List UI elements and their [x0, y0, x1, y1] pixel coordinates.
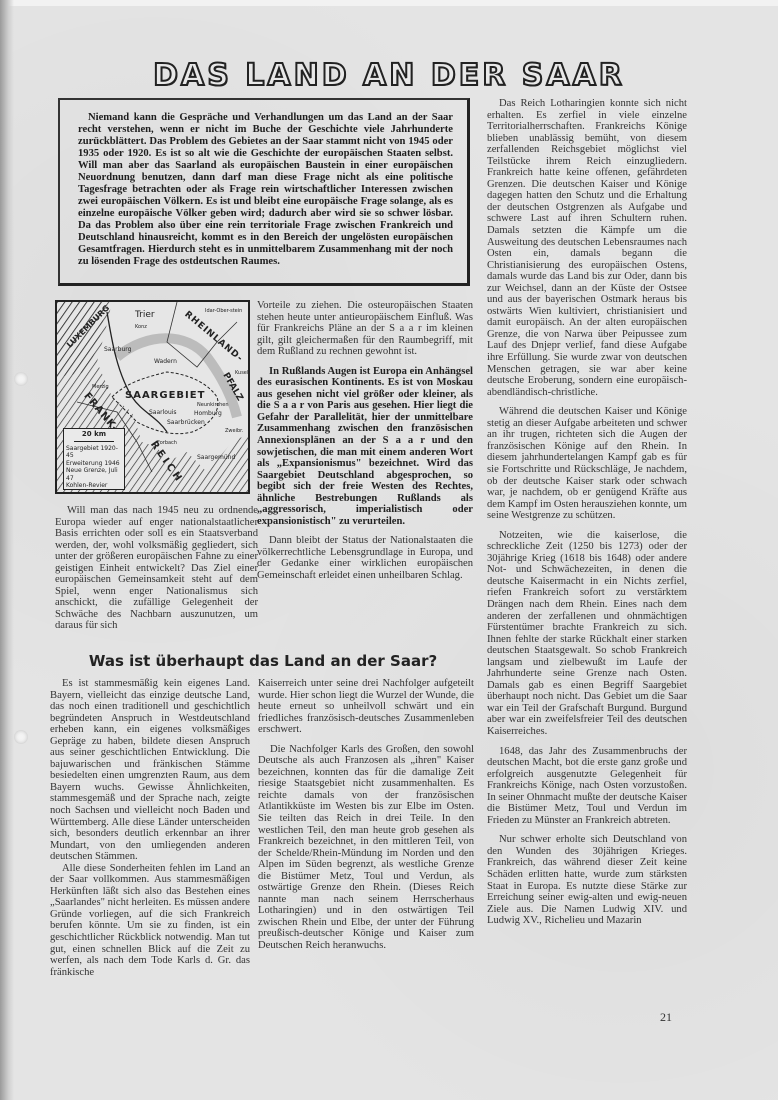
paragraph: Alle diese Sonderheiten fehlen im Land a…: [50, 863, 250, 978]
paragraph: Kaiserreich unter seine drei Nachfolger …: [258, 678, 474, 736]
page-number: 21: [660, 1010, 672, 1025]
column-left-bottom: Es ist stammesmäßig kein eigenes Land. B…: [50, 678, 250, 986]
paragraph: Vorteile zu ziehen. Die osteuropäischen …: [257, 300, 473, 358]
map-label-saargebiet: SAARGEBIET: [125, 390, 205, 401]
paragraph: 1648, das Jahr des Zusammenbruchs der de…: [487, 746, 687, 827]
punch-hole: [14, 372, 28, 386]
legend-scale-bar: [74, 441, 114, 442]
column-left-top: Will man das nach 1945 neu zu ordnende E…: [55, 505, 258, 640]
map-label-konz: Konz: [135, 324, 147, 330]
section-heading: Was ist überhaupt das Land an der Saar?: [50, 652, 476, 670]
map-label-wadern: Wadern: [154, 358, 177, 365]
paragraph: Das Reich Lotharingien konnte sich nicht…: [487, 98, 687, 398]
page-top-edge: [0, 0, 778, 6]
paragraph: Die Nachfolger Karls des Großen, den sow…: [258, 744, 474, 952]
saar-map: LUXEMBURG Trier Konz Idar-Ober-stein RHE…: [55, 300, 250, 494]
paragraph: Während die deutschen Kaiser und Könige …: [487, 406, 687, 521]
legend-item: Neue Grenze, Juli 47: [66, 467, 122, 482]
legend-item: Saargebiet 1920-45: [66, 445, 122, 460]
intro-text: Niemand kann die Gespräche und Verhandlu…: [78, 112, 453, 268]
map-label-trier: Trier: [135, 310, 155, 320]
map-label-neunkirchen: Neunkirchen: [197, 402, 229, 408]
map-legend: 20 km Saargebiet 1920-45 Erweiterung 194…: [63, 428, 125, 490]
map-label-saarbruecken: Saarbrücken: [167, 419, 205, 426]
paragraph: Nur schwer erholte sich Deutschland von …: [487, 834, 687, 926]
magazine-page: DAS LAND AN DER SAAR Niemand kann die Ge…: [0, 0, 778, 1100]
legend-item: Kohlen-Revier: [66, 482, 122, 490]
map-label-homburg: Homburg: [194, 410, 222, 417]
map-label-merzig: Merzig: [92, 384, 109, 390]
punch-hole: [14, 730, 28, 744]
legend-scale: 20 km: [66, 431, 122, 439]
map-label-saargemuend: Saargemünd: [197, 454, 235, 461]
map-label-kusel: Kusel: [235, 370, 248, 376]
paragraph: Will man das nach 1945 neu zu ordnende E…: [55, 505, 258, 632]
paragraph: Dann bleibt der Status der Nationalstaat…: [257, 535, 473, 581]
column-right: Das Reich Lotharingien konnte sich nicht…: [487, 98, 687, 935]
page-title: DAS LAND AN DER SAAR: [0, 58, 778, 93]
map-label-saarburg: Saarburg: [104, 346, 131, 353]
map-label-saarlouis: Saarlouis: [149, 409, 177, 416]
page-binding-shadow: [0, 0, 14, 1100]
map-label-idar: Idar-Ober-stein: [205, 308, 245, 314]
paragraph: Notzeiten, wie die kaiserlose, die schre…: [487, 530, 687, 738]
column-middle-bottom: Kaiserreich unter seine drei Nachfolger …: [258, 678, 474, 960]
intro-box: Niemand kann die Gespräche und Verhandlu…: [58, 98, 470, 286]
paragraph: Es ist stammesmäßig kein eigenes Land. B…: [50, 678, 250, 863]
column-middle-top: Vorteile zu ziehen. Die osteuropäischen …: [257, 300, 473, 590]
legend-item: Erweiterung 1946: [66, 460, 122, 468]
paragraph-bold: In Rußlands Augen ist Europa ein Anhängs…: [257, 366, 473, 528]
map-label-zweibruecken: Zweibr.: [225, 428, 243, 434]
